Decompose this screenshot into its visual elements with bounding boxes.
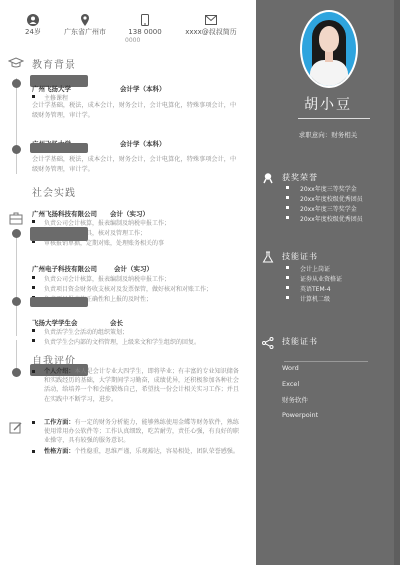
award-item: 20xx年度三等奖学金 xyxy=(286,184,357,193)
cert-item: 会计上岗证 xyxy=(286,264,330,273)
location-pin-icon xyxy=(80,14,90,26)
award-item: 20xx年度三等奖学金 xyxy=(286,204,357,213)
redacted-date xyxy=(30,297,88,307)
mail-icon xyxy=(205,14,217,26)
share-icon xyxy=(262,337,274,349)
timeline-dot xyxy=(12,297,21,306)
skill-item: Excel xyxy=(282,380,299,388)
resume-page: 24岁 广东省广州市 138 0000 0000 xxxx@叔叔简历 教育背景 xyxy=(0,0,400,565)
redacted-date xyxy=(30,227,88,241)
education-entry-head: 广州飞扬大学 会计学（本科） xyxy=(32,84,71,93)
practice-bullet: 负责学生会内部的文档管理，上级来文和学生组织的回复。 xyxy=(32,337,200,346)
contact-email: xxxx@叔叔简历 xyxy=(178,14,244,37)
practice-bullet: 负责活学生会活动的组织策划； xyxy=(32,327,128,336)
sidebar: 胡小豆 求职意向：财务相关 获奖荣誉 20xx年度三等奖学金 20xx年度校级优… xyxy=(256,0,400,565)
skill-item: Powerpoint xyxy=(282,411,318,419)
job-intent: 求职意向：财务相关 xyxy=(256,130,400,139)
skill-item: 财务软件 xyxy=(282,395,308,404)
timeline-dot xyxy=(12,229,21,238)
skill-bar xyxy=(284,361,368,362)
award-item: 20xx年度校级优秀团员 xyxy=(286,194,363,203)
timeline-line xyxy=(16,340,17,370)
section-title-practice: 社会实践 xyxy=(32,184,76,199)
practice-bullet: 负责公司会计核算，报表编制及纳税申报工作； xyxy=(32,274,170,283)
contact-age: 24岁 xyxy=(18,14,48,37)
timeline-dot xyxy=(12,79,21,88)
contact-phone: 138 0000 0000 xyxy=(122,14,168,45)
candidate-name: 胡小豆 xyxy=(256,94,400,114)
evaluation-item: 性格方面：个性稳重，思维严谨，乐观豁达，容易相处，团队荣誉感强。 xyxy=(32,447,242,456)
practice-entry-head: 广州电子科技有限公司 会计（实习） xyxy=(32,264,97,273)
profile-photo-frame xyxy=(300,10,358,88)
skill-item: Word xyxy=(282,364,299,372)
phone-icon xyxy=(141,14,149,26)
courses-text: 会计学基础，税法，成本会计，财务会计，会计电算化，特殊事项会计，中级财务管理，审… xyxy=(32,155,237,174)
scrollbar-track xyxy=(394,0,400,565)
section-title-skills: 技能证书 xyxy=(282,336,318,347)
profile-photo xyxy=(302,12,356,86)
section-title-certs: 技能证书 xyxy=(282,251,318,262)
timeline-line xyxy=(16,236,17,336)
evaluation-item: 个人介绍：本人是会计专业大四学生，即将毕业；有丰富的专业知识储备和实践经历的基础… xyxy=(32,367,242,404)
graduation-cap-icon xyxy=(8,56,24,70)
award-item: 20xx年度校级优秀团员 xyxy=(286,214,363,223)
contact-row: 24岁 广东省广州市 138 0000 0000 xxxx@叔叔简历 xyxy=(10,14,250,44)
award-icon xyxy=(262,172,274,184)
timeline-dot xyxy=(12,145,21,154)
flask-icon xyxy=(262,251,274,263)
user-icon xyxy=(27,14,39,26)
practice-bullet: 负责项目资金财务收支核对及发票保管，做好核对和对账工作； xyxy=(32,284,212,293)
section-title-education: 教育背景 xyxy=(32,56,76,71)
main-column: 24岁 广东省广州市 138 0000 0000 xxxx@叔叔简历 教育背景 xyxy=(0,0,256,565)
evaluation-item: 工作方面：有一定的财务分析能力，能够熟练使用金蝶等财务软件，熟练使用常用办公软件… xyxy=(32,418,242,446)
practice-entry-head: 广州飞扬科技有限公司 会计（实习） xyxy=(32,209,97,218)
edit-icon xyxy=(8,421,24,435)
courses-text: 会计学基础，税法，成本会计，财务会计，会计电算化，特殊事项会计，中级财务管理，审… xyxy=(32,101,237,120)
cert-item: 英语TEM-4 xyxy=(286,284,331,293)
section-title-awards: 获奖荣誉 xyxy=(282,172,318,183)
timeline-dot xyxy=(12,368,21,377)
practice-bullet: 负责公司会计核算，报表编制及纳税申报工作； xyxy=(32,218,170,227)
redacted-date xyxy=(30,143,88,153)
cert-item: 证券从业资格证 xyxy=(286,274,342,283)
divider xyxy=(298,118,370,119)
practice-entry-head: 飞扬大学学生会 会长 xyxy=(32,318,78,327)
timeline-line xyxy=(16,78,17,174)
briefcase-icon xyxy=(8,211,24,225)
contact-location: 广东省广州市 xyxy=(60,14,110,37)
cert-item: 计算机二级 xyxy=(286,294,330,303)
